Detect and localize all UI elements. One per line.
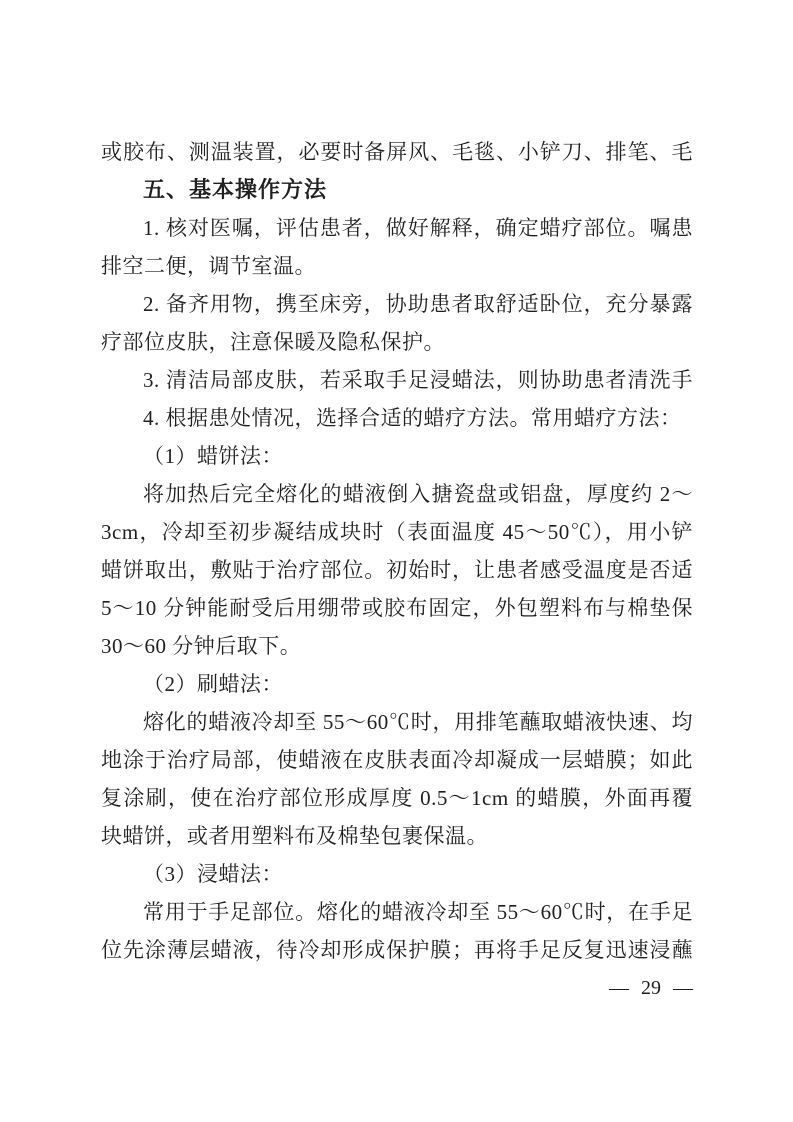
- text-line: 复涂刷，使在治疗部位形成厚度 0.5～1cm 的蜡膜，外面再覆盖一: [101, 779, 693, 817]
- text-line: 蜡饼取出，敷贴于治疗部位。初始时，让患者感受温度是否适宜，: [101, 551, 693, 589]
- subsection-heading: （3）浸蜡法：: [101, 855, 693, 893]
- document-body: 或胶布、测温装置，必要时备屏风、毛毯、小铲刀、排笔、毛巾等。 五、基本操作方法 …: [101, 133, 693, 969]
- subsection-heading: （1）蜡饼法：: [101, 437, 693, 475]
- text-line: 块蜡饼，或者用塑料布及棉垫包裹保温。: [101, 817, 693, 855]
- text-line: 1. 核对医嘱，评估患者，做好解释，确定蜡疗部位。嘱患者: [101, 209, 693, 247]
- text-line: 5～10 分钟能耐受后用绷带或胶布固定，外包塑料布与棉垫保温，: [101, 589, 693, 627]
- text-line: 位先涂薄层蜡液，待冷却形成保护膜；再将手足反复迅速浸蘸蜡: [101, 931, 693, 969]
- text-line: 熔化的蜡液冷却至 55～60℃时，用排笔蘸取蜡液快速、均匀: [101, 703, 693, 741]
- text-line: 地涂于治疗局部，使蜡液在皮肤表面冷却凝成一层蜡膜；如此反: [101, 741, 693, 779]
- text-line: 排空二便，调节室温。: [101, 247, 693, 285]
- text-line: 2. 备齐用物，携至床旁，协助患者取舒适卧位，充分暴露蜡: [101, 285, 693, 323]
- text-line: 4. 根据患处情况，选择合适的蜡疗方法。常用蜡疗方法：: [101, 399, 693, 437]
- document-page: 或胶布、测温装置，必要时备屏风、毛毯、小铲刀、排笔、毛巾等。 五、基本操作方法 …: [0, 0, 793, 1122]
- text-line: 30～60 分钟后取下。: [101, 627, 693, 665]
- page-footer: — 29 —: [0, 977, 693, 1000]
- text-line: 3. 清洁局部皮肤，若采取手足浸蜡法，则协助患者清洗手足。: [101, 361, 693, 399]
- text-line: 3cm，冷却至初步凝结成块时（表面温度 45～50℃），用小铲刀将: [101, 513, 693, 551]
- page-number: 29: [641, 977, 661, 1000]
- page-number-left-dash: —: [609, 977, 629, 1000]
- text-line: 疗部位皮肤，注意保暖及隐私保护。: [101, 323, 693, 361]
- text-line: 或胶布、测温装置，必要时备屏风、毛毯、小铲刀、排笔、毛巾等。: [101, 133, 693, 171]
- page-number-right-dash: —: [673, 977, 693, 1000]
- subsection-heading: （2）刷蜡法：: [101, 665, 693, 703]
- text-line: 常用于手足部位。熔化的蜡液冷却至 55～60℃时，在手足部: [101, 893, 693, 931]
- text-line: 将加热后完全熔化的蜡液倒入搪瓷盘或铝盘，厚度约 2～: [101, 475, 693, 513]
- section-heading: 五、基本操作方法: [101, 171, 693, 209]
